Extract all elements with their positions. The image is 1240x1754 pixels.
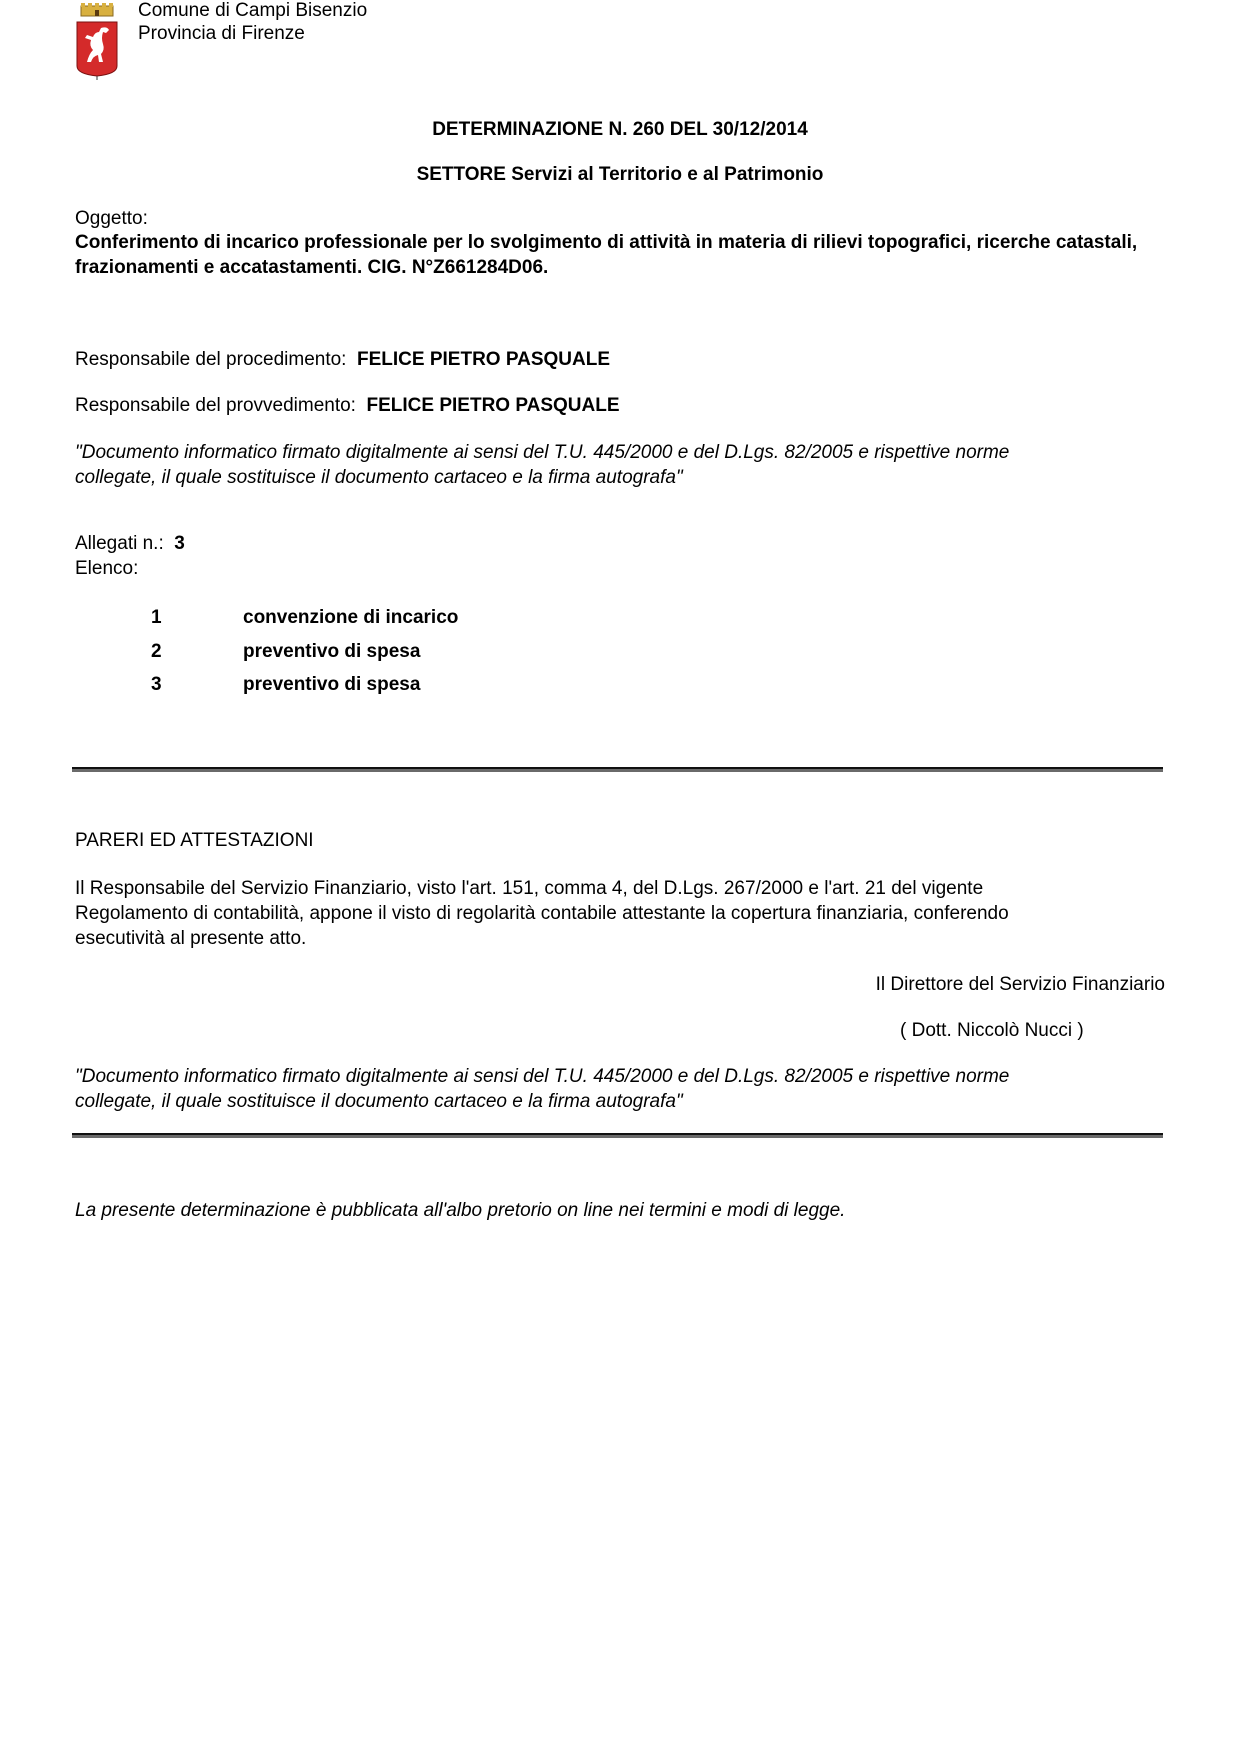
procedure-responsible: Responsabile del procedimento: FELICE PI… xyxy=(75,349,610,371)
attachment-description: preventivo di spesa xyxy=(243,641,420,663)
signature-note-line-2: collegate, il quale sostituisce il docum… xyxy=(75,467,683,489)
attachments-count-value: 3 xyxy=(174,533,185,554)
opinions-heading: PARERI ED ATTESTAZIONI xyxy=(75,830,314,852)
attachments-list-label: Elenco: xyxy=(75,558,138,580)
signer-role: Il Direttore del Servizio Finanziario xyxy=(876,974,1165,996)
signature-note-2-line-2: collegate, il quale sostituisce il docum… xyxy=(75,1091,683,1113)
attachment-number: 1 xyxy=(151,607,162,629)
section-separator xyxy=(72,767,1163,772)
coat-of-arms-icon xyxy=(73,2,121,80)
section-separator xyxy=(72,1133,1163,1138)
opinions-body-line-2: Regolamento di contabilità, appone il vi… xyxy=(75,903,1009,925)
opinions-body-line-3: esecutività al presente atto. xyxy=(75,928,306,950)
sector-title: SETTORE Servizi al Territorio e al Patri… xyxy=(0,164,1240,186)
attachment-description: preventivo di spesa xyxy=(243,674,420,696)
attachments-count-label: Allegati n.: xyxy=(75,533,164,554)
opinions-body-line-1: Il Responsabile del Servizio Finanziario… xyxy=(75,878,983,900)
measure-responsible-name: FELICE PIETRO PASQUALE xyxy=(367,395,620,416)
signature-note-line-1: "Documento informatico firmato digitalme… xyxy=(75,442,1009,464)
subject-label: Oggetto: xyxy=(75,208,148,230)
municipality-name: Comune di Campi Bisenzio xyxy=(138,0,367,22)
signature-note-2-line-1: "Documento informatico firmato digitalme… xyxy=(75,1066,1009,1088)
attachment-description: convenzione di incarico xyxy=(243,607,458,629)
subject-text: Conferimento di incarico professionale p… xyxy=(75,230,1175,280)
procedure-responsible-name: FELICE PIETRO PASQUALE xyxy=(357,349,610,370)
attachment-number: 3 xyxy=(151,674,162,696)
procedure-responsible-label: Responsabile del procedimento: xyxy=(75,349,346,370)
measure-responsible: Responsabile del provvedimento: FELICE P… xyxy=(75,395,620,417)
publication-note: La presente determinazione è pubblicata … xyxy=(75,1200,845,1222)
province-name: Provincia di Firenze xyxy=(138,23,305,45)
measure-responsible-label: Responsabile del provvedimento: xyxy=(75,395,356,416)
attachment-number: 2 xyxy=(151,641,162,663)
attachments-count: Allegati n.: 3 xyxy=(75,533,185,555)
determination-title: DETERMINAZIONE N. 260 DEL 30/12/2014 xyxy=(0,119,1240,141)
signer-name: ( Dott. Niccolò Nucci ) xyxy=(900,1020,1084,1042)
